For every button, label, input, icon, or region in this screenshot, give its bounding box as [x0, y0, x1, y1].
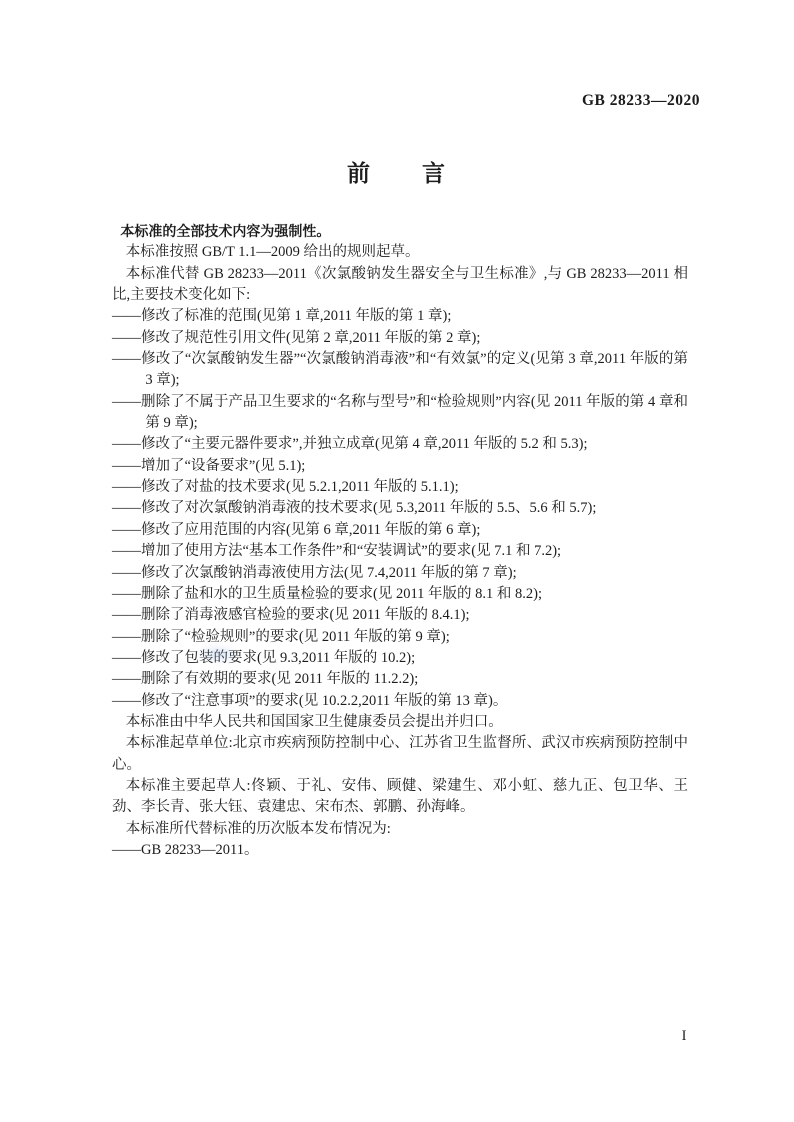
change-list-item: ——增加了使用方法“基本工作条件”和“安装调试”的要求(见 7.1 和 7.2)… — [112, 541, 688, 562]
change-list-item: ——修改了对次氯酸钠消毒液的技术要求(见 5.3,2011 年版的 5.5、5.… — [112, 498, 688, 519]
change-list-item: ——删除了“检验规则”的要求(见 2011 年版的第 9 章); — [112, 627, 688, 648]
paragraph: 本标准代替 GB 28233—2011《次氯酸钠发生器安全与卫生标准》,与 GB… — [112, 264, 688, 307]
paragraph: 本标准按照 GB/T 1.1—2009 给出的规则起草。 — [112, 242, 688, 263]
paragraph: 本标准起草单位:北京市疾病预防控制中心、江苏省卫生监督所、武汉市疾病预防控制中心… — [112, 733, 688, 776]
paragraph: 本标准主要起草人:佟颖、于礼、安伟、顾健、梁建生、邓小虹、慈九正、包卫华、王劲、… — [112, 776, 688, 819]
change-list-item: ——修改了包装的要求(见 9.3,2011 年版的 10.2); — [112, 648, 688, 669]
paragraph: 本标准由中华人民共和国国家卫生健康委员会提出并归口。 — [112, 712, 688, 733]
change-list-item: ——增加了“设备要求”(见 5.1); — [112, 456, 688, 477]
change-list-item: ——GB 28233—2011。 — [112, 840, 688, 861]
change-list-item: ——修改了应用范围的内容(见第 6 章,2011 年版的第 6 章); — [112, 520, 688, 541]
paragraph: 本标准所代替标准的历次版本发布情况为: — [112, 819, 688, 840]
change-list-item: ——修改了次氯酸钠消毒液使用方法(见 7.4,2011 年版的第 7 章); — [112, 563, 688, 584]
change-list-item: ——修改了“主要元器件要求”,并独立成章(见第 4 章,2011 年版的 5.2… — [112, 434, 688, 455]
standard-number: GB 28233—2020 — [582, 92, 700, 110]
paragraph-bold: 本标准的全部技术内容为强制性。 — [112, 221, 688, 242]
page-title: 前 言 — [0, 155, 794, 188]
change-list-item: ——修改了“注意事项”的要求(见 10.2.2,2011 年版的第 13 章)。 — [112, 691, 688, 712]
change-list-item: ——修改了规范性引用文件(见第 2 章,2011 年版的第 2 章); — [112, 328, 688, 349]
change-list-item: ——删除了盐和水的卫生质量检验的要求(见 2011 年版的 8.1 和 8.2)… — [112, 584, 688, 605]
change-list-item: ——删除了不属于产品卫生要求的“名称与型号”和“检验规则”内容(见 2011 年… — [112, 392, 688, 435]
change-list-item: ——删除了有效期的要求(见 2011 年版的 11.2.2); — [112, 669, 688, 690]
document-page: GB 28233—2020 前 言 本标准的全部技术内容为强制性。本标准按照 G… — [0, 0, 794, 1122]
change-list-item: ——修改了对盐的技术要求(见 5.2.1,2011 年版的 5.1.1); — [112, 477, 688, 498]
page-number: I — [672, 1028, 696, 1045]
document-body: 本标准的全部技术内容为强制性。本标准按照 GB/T 1.1—2009 给出的规则… — [112, 221, 688, 861]
change-list-item: ——修改了标准的范围(见第 1 章,2011 年版的第 1 章); — [112, 306, 688, 327]
change-list-item: ——删除了消毒液感官检验的要求(见 2011 年版的 8.4.1); — [112, 605, 688, 626]
change-list-item: ——修改了“次氯酸钠发生器”“次氯酸钠消毒液”和“有效氯”的定义(见第 3 章,… — [112, 349, 688, 392]
